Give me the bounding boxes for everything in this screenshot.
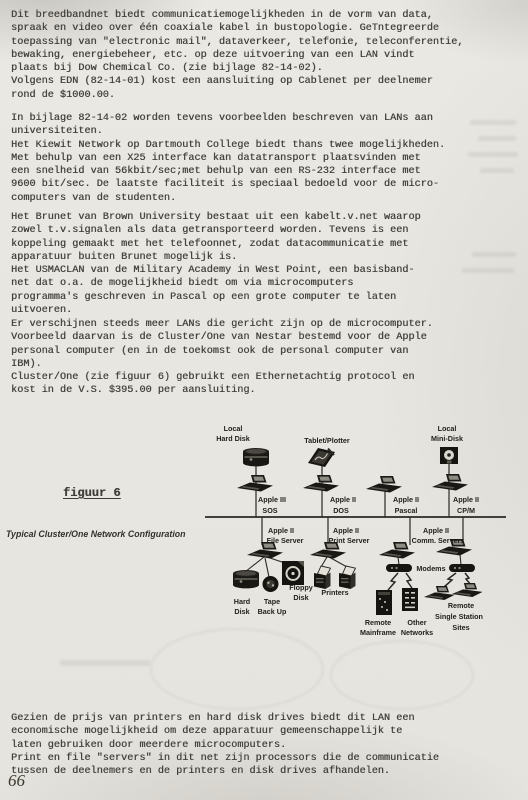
- apple2-cpm-computer-icon: [432, 474, 468, 491]
- label-other-networks: Other: [407, 618, 426, 627]
- scan-artifact: [478, 136, 516, 141]
- scanned-page: Dit breedbandnet biedt communicatiemogel…: [0, 0, 528, 800]
- connector-fileserver-harddisk: [245, 557, 264, 572]
- label-apple2-pascal: Pascal: [395, 506, 418, 515]
- lightning-bolt-icon: [388, 573, 398, 590]
- apple3-computer-icon: [237, 475, 273, 492]
- local-mini-disk-icon: [440, 447, 458, 464]
- label-remote-mainframe: Remote: [365, 618, 391, 627]
- label-other-networks: Networks: [401, 628, 433, 637]
- paragraph-cluster-one: Er verschijnen steeds meer LANs die geri…: [11, 318, 433, 398]
- label-local-hard-disk: Local: [224, 424, 243, 433]
- hard-disk-icon: [233, 570, 259, 588]
- tape-backup-icon: [263, 576, 279, 592]
- label-apple2-dos: Apple II: [330, 495, 356, 504]
- label-tape-backup: Tape: [264, 597, 280, 606]
- label-file-server: Apple II: [268, 526, 294, 535]
- connector-comm-modem-right: [460, 554, 461, 565]
- label-apple2-pascal: Apple II: [393, 495, 419, 504]
- label-tape-backup: Back Up: [258, 607, 287, 616]
- remote-station-computer-icon: [424, 586, 455, 600]
- label-remote-single-station: Remote: [448, 601, 474, 610]
- label-printers: Printers: [321, 588, 348, 597]
- local-hard-disk-icon: [243, 448, 269, 466]
- apple2-pascal-computer-icon: [366, 476, 402, 493]
- label-print-server: Print Server: [329, 536, 370, 545]
- floppy-disk-icon: [282, 561, 304, 585]
- lightning-bolt-icon: [406, 573, 412, 588]
- label-local-mini-disk: Mini-Disk: [431, 434, 463, 443]
- label-modems: Modems: [416, 564, 445, 573]
- scan-artifact: [330, 640, 474, 710]
- apple2-dos-computer-icon: [303, 475, 339, 492]
- label-remote-mainframe: Mainframe: [360, 628, 396, 637]
- connector-comm-modem-left: [398, 557, 399, 565]
- scan-artifact: [480, 168, 514, 173]
- paragraph-brunet-usmaclan: Het Brunet van Brown University bestaat …: [11, 211, 421, 317]
- label-hard-disk: Disk: [234, 607, 249, 616]
- label-apple2-cpm: Apple II: [453, 495, 479, 504]
- connector-fileserver-tape: [265, 558, 269, 577]
- label-comm-servers: Comm. Servers: [412, 536, 465, 545]
- scan-artifact: [150, 628, 324, 710]
- tablet-plotter-icon: [308, 448, 335, 467]
- printer-icon: [314, 566, 331, 589]
- label-hard-disk: Hard: [234, 597, 250, 606]
- scan-artifact: [462, 268, 514, 273]
- modem-icon: [449, 564, 475, 572]
- connector-printserver-printer2: [329, 557, 347, 567]
- label-local-mini-disk: Local: [438, 424, 457, 433]
- scan-artifact: [470, 120, 516, 125]
- paragraph-universities: In bijlage 82-14-02 worden tevens voorbe…: [11, 112, 445, 205]
- scan-artifact: [60, 660, 150, 666]
- label-apple2-cpm: CP/M: [457, 506, 475, 515]
- lightning-bolt-icon: [444, 573, 456, 587]
- scan-artifact: [468, 152, 518, 157]
- label-comm-servers: Apple II: [423, 526, 449, 535]
- page-number: 66: [8, 771, 25, 791]
- label-floppy-disk: Floppy: [289, 583, 313, 592]
- paragraph-servers-economy: Gezien de prijs van printers en hard dis…: [11, 712, 439, 778]
- label-apple3-sos: Apple III: [258, 495, 286, 504]
- scan-artifact: [472, 252, 516, 257]
- connector-printserver-printer1: [321, 557, 327, 567]
- modem-icon: [386, 564, 412, 572]
- label-remote-single-station: Single Station: [435, 612, 483, 621]
- remote-mainframe-icon: [376, 590, 392, 615]
- remote-station-computer-icon: [452, 583, 483, 597]
- other-networks-icon: [402, 588, 418, 611]
- label-print-server: Apple II: [333, 526, 359, 535]
- label-apple3-sos: SOS: [262, 506, 277, 515]
- label-floppy-disk: Disk: [293, 593, 308, 602]
- label-remote-single-station: Sites: [452, 623, 469, 632]
- printer-icon: [339, 566, 356, 589]
- label-apple2-dos: DOS: [333, 506, 349, 515]
- paragraph-broadband: Dit breedbandnet biedt communicatiemogel…: [11, 9, 463, 102]
- label-local-hard-disk: Hard Disk: [216, 434, 250, 443]
- label-file-server: File Server: [267, 536, 304, 545]
- label-tablet-plotter: Tablet/Plotter: [304, 436, 350, 445]
